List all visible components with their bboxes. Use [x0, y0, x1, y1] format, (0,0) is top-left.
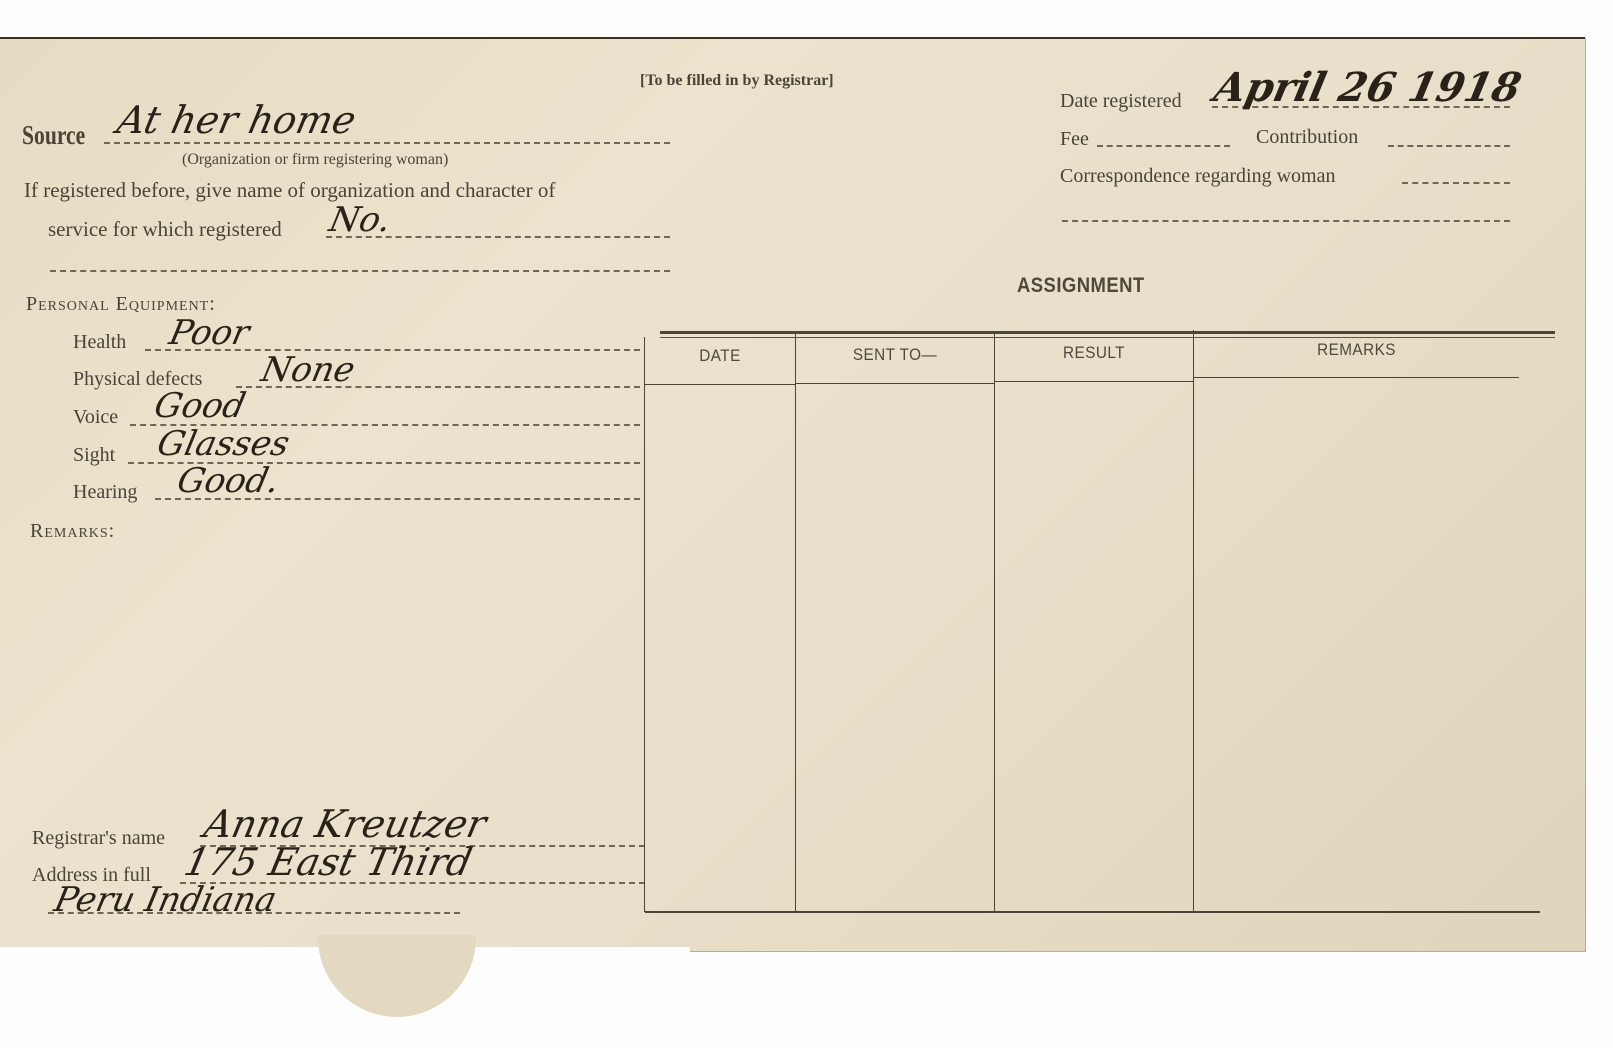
registrar-name-label: Registrar's name — [32, 827, 165, 850]
fee-label: Fee — [1060, 128, 1089, 151]
remarks-heading: Remarks: — [30, 520, 115, 543]
prior-registration-line-2 — [50, 270, 670, 272]
column-header-remarks: REMARKS — [1210, 340, 1503, 360]
physical-defects-value[interactable]: None — [258, 350, 359, 390]
column-header-date: DATE — [653, 346, 788, 366]
source-sublabel: (Organization or firm registering woman) — [182, 151, 448, 169]
column-header-result: RESULT — [1005, 343, 1183, 363]
registrar-instruction: [To be filled in by Registrar] — [640, 72, 834, 90]
sight-value[interactable]: Glasses — [154, 424, 293, 464]
header-underline-date — [645, 384, 795, 385]
prior-registration-label: If registered before, give name of organ… — [24, 178, 555, 203]
contribution-label: Contribution — [1256, 126, 1358, 149]
correspondence-line[interactable] — [1402, 182, 1510, 184]
source-line — [104, 142, 670, 144]
header-underline-remarks — [1194, 377, 1519, 378]
source-label: Source — [22, 120, 85, 151]
table-divider-2 — [994, 331, 995, 913]
header-underline-sent-to — [796, 383, 994, 384]
address-value-line2[interactable]: Peru Indiana — [51, 880, 280, 920]
health-label: Health — [73, 331, 126, 354]
table-divider-1 — [795, 333, 796, 913]
column-header-sent-to: SENT TO— — [806, 345, 984, 365]
source-value[interactable]: At her home — [113, 98, 360, 142]
fee-line[interactable] — [1097, 145, 1230, 147]
correspondence-label: Correspondence regarding woman — [1060, 165, 1335, 188]
sent-to-column-cells[interactable] — [797, 385, 993, 905]
table-divider-3 — [1193, 330, 1194, 912]
address-value-line1[interactable]: 175 East Third — [180, 840, 476, 884]
assignment-title: ASSIGNMENT — [1017, 274, 1145, 298]
sight-label: Sight — [73, 444, 115, 467]
table-border-left — [644, 337, 645, 912]
contribution-line[interactable] — [1388, 145, 1510, 147]
header-underline-result — [995, 381, 1193, 382]
prior-registration-value[interactable]: No. — [326, 200, 395, 240]
voice-value[interactable]: Good — [151, 386, 249, 426]
table-bottom-rule — [645, 911, 1540, 913]
voice-label: Voice — [73, 406, 118, 429]
correspondence-line-2[interactable] — [1062, 220, 1510, 222]
date-registered-label: Date registered — [1060, 90, 1182, 113]
health-value[interactable]: Poor — [166, 313, 253, 353]
remarks-area[interactable] — [40, 555, 620, 805]
result-column-cells[interactable] — [996, 383, 1192, 903]
remarks-column-cells[interactable] — [1195, 379, 1518, 904]
hearing-value[interactable]: Good. — [174, 461, 283, 501]
date-registered-value[interactable]: April 26 1918 — [1210, 64, 1525, 111]
prior-registration-label-2: service for which registered — [48, 217, 282, 242]
date-column-cells[interactable] — [646, 386, 794, 906]
hearing-label: Hearing — [73, 481, 137, 504]
